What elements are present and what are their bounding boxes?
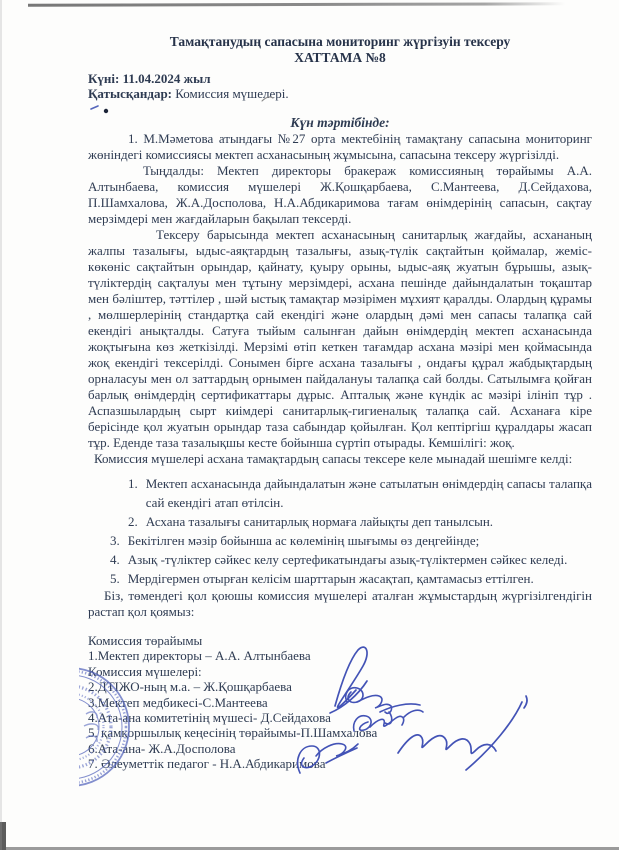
decision-number: 4. [110,550,128,569]
signatories-block: Комиссия төрайымы 1.Мектеп директоры – А… [88,633,592,772]
closing-statement: Біз, төмендегі қол қоюшы комиссия мүшеле… [88,588,592,620]
decision-item: 4. Азық -түліктер сәйкес келу сертефикат… [88,550,592,569]
decision-intro: Комиссия мүшелері асхана тамақтардың сап… [88,451,592,467]
date-line: Күні: 11.04.2024 жыл [88,71,592,86]
heard-label: Тыңдалды: [143,163,204,178]
decision-number: 5. [110,569,128,588]
signatory-line: 4.Ата-ана комитетінің мүшесі- Д.Сейдахов… [88,710,592,725]
signatory-line: 7. Әлеуметтік педагог - Н.А.Абдикаримова [88,756,592,771]
signatory-line: 2.ДТІЖО-ның м.а. – Ж.Қошқарбаева [88,679,592,694]
decision-list: 1. Мектеп асханасында дайындалатын және … [88,474,592,588]
paragraph-inspection: Тексеру барысында мектеп асханасының сан… [88,227,592,451]
decision-number: 2. [128,512,146,531]
meta-block: Күні: 11.04.2024 жыл Қатысқандар: Комисс… [88,71,592,101]
signatory-line: 6.Ата-ана- Ж.А.Досполова [88,741,592,756]
decision-text: Мектеп асханасында дайындалатын және сат… [146,474,592,512]
participants-label: Қатысқандар: [88,86,172,101]
scanned-protocol-document: Тамақтанудың сапасына мониторинг жүргізу… [0,0,619,850]
decision-number: 1. [128,474,146,512]
scan-top-edge-line [28,2,565,6]
decision-number: 3. [110,531,128,550]
signatory-line: 3.Мектеп медбикесі-С.Мантеева [88,695,592,710]
decision-item: 3. Бекітілген мәзір бойынша ас көлемінің… [88,531,592,550]
paragraph-heard: Тыңдалды: Мектеп директоры бракераж коми… [88,163,592,227]
decision-text: Асхана тазалығы санитарлық нормаға лайық… [146,512,592,531]
signatory-line: 5. қамқоршылық кеңесінің төрайымы-П.Шамх… [88,725,592,740]
signatory-line: 1.Мектеп директоры – А.А. Алтынбаева [88,648,592,663]
document-body: Тамақтанудың сапасына мониторинг жүргізу… [88,34,592,772]
signatory-heading: Комиссия мүшелері: [88,664,592,679]
date-label: Күні: [88,71,119,86]
decision-item: 2. Асхана тазалығы санитарлық нормаға ла… [88,512,592,531]
decision-item: 5. Мердігермен отырған келісім шарттарын… [88,569,592,588]
scan-left-edge-shadow [0,0,2,850]
participants-value: Комиссия мүшелері. [175,86,288,101]
document-title-line1: Тамақтанудың сапасына мониторинг жүргізу… [88,34,592,50]
decision-item: 1. Мектеп асханасында дайындалатын және … [88,474,592,512]
agenda-heading: Күн тәртібінде: [88,115,592,131]
date-value: 11.04.2024 жыл [119,71,210,86]
document-title-line2: ХАТТАМА №8 [88,50,592,66]
paragraph-intro: 1. М.Мәметова атындағы №27 орта мектебін… [88,131,592,163]
participants-line: Қатысқандар: Комиссия мүшелері. [88,86,592,101]
decision-text: Бекітілген мәзір бойынша ас көлемінің шы… [128,531,592,550]
signatory-heading: Комиссия төрайымы [88,633,592,648]
decision-text: Мердігермен отырған келісім шарттарын жа… [128,569,592,588]
decision-text: Азық -түліктер сәйкес келу сертефикатынд… [128,550,592,569]
